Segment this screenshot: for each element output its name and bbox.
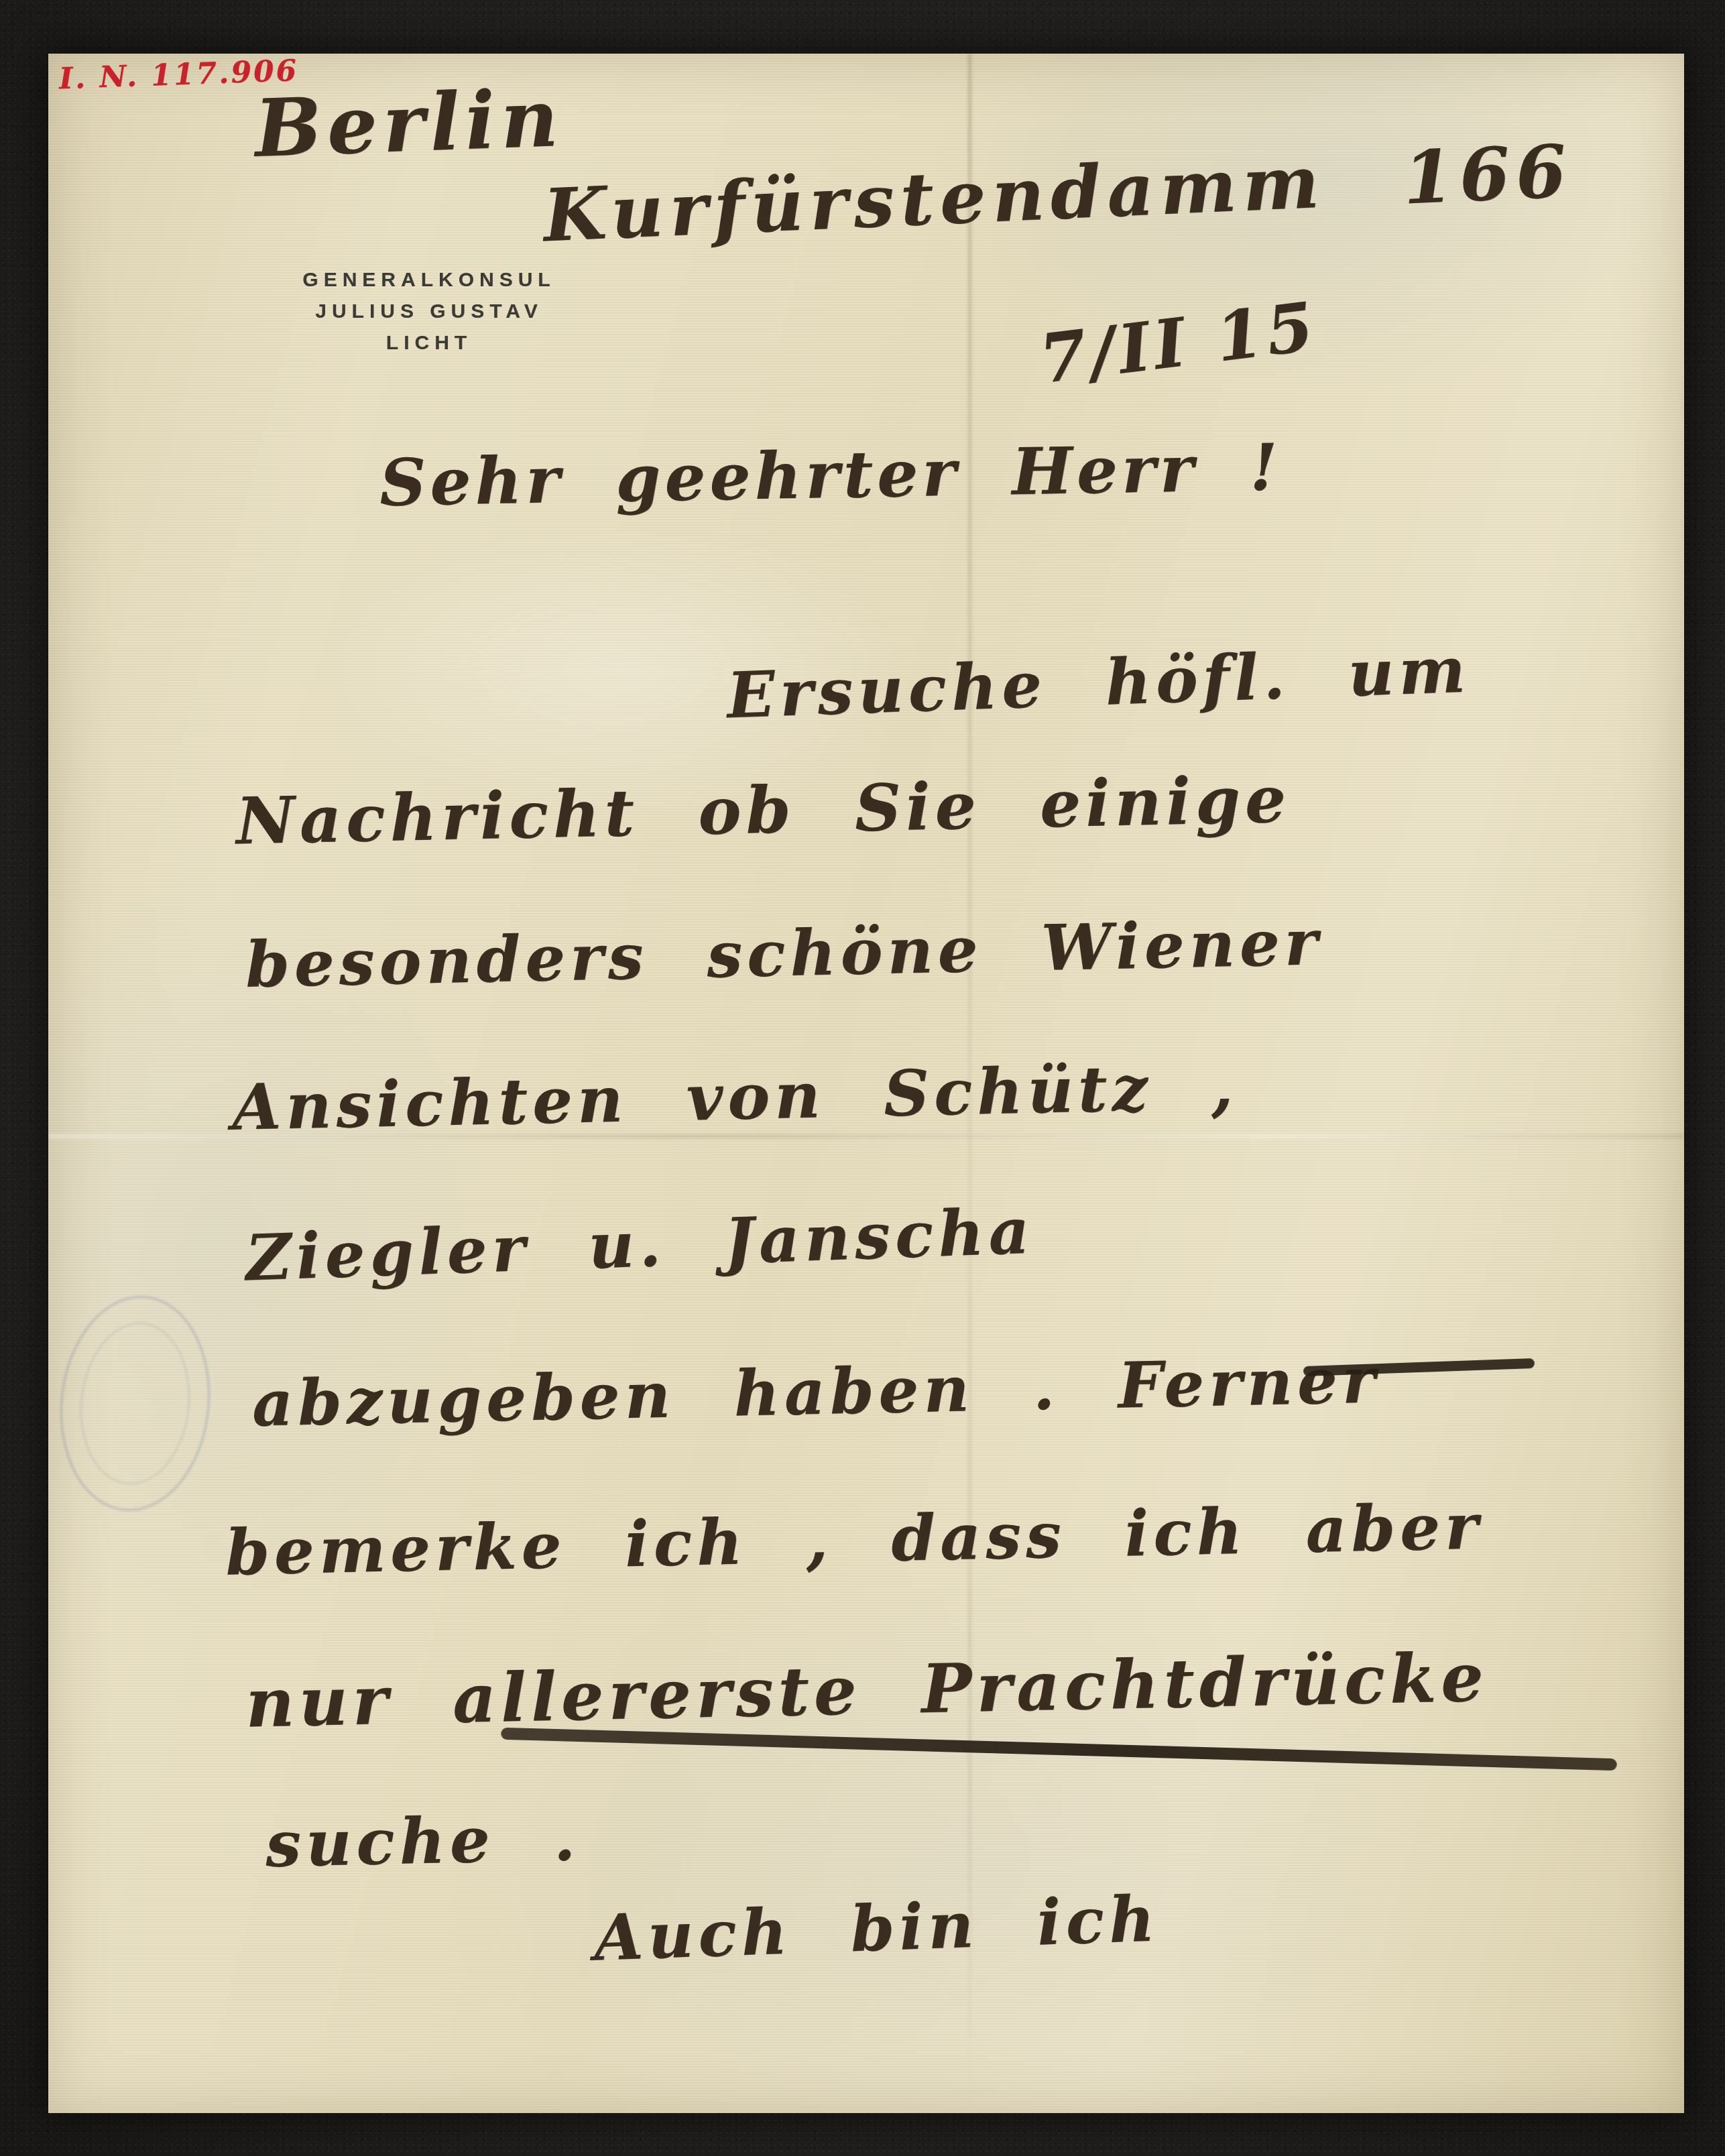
body-line-3: besonders schöne Wiener	[245, 906, 1323, 1002]
street-address-line: Kurfürstendamm 166	[542, 129, 1574, 259]
salutation-line: Sehr geehrter Herr !	[379, 429, 1283, 520]
body-line-2: Nachricht ob Sie einige	[235, 762, 1291, 859]
body-line-6: abzugeben haben . Ferner	[251, 1343, 1380, 1441]
body-line-7: bemerke ich , dass ich aber	[225, 1490, 1484, 1590]
body-line-9: suche .	[265, 1801, 581, 1882]
city-line: Berlin	[253, 71, 565, 175]
body-line-8: nur allererste Prachtdrücke	[245, 1638, 1489, 1743]
date-line: 7/II 15	[1035, 286, 1321, 399]
emphasis-underline	[501, 1728, 1617, 1771]
body-line-10: Auch bin ich	[593, 1882, 1161, 1975]
body-line-4: Ansichten von Schütz ,	[231, 1050, 1238, 1144]
scan-background: I. N. 117.906 Berlin GENERALKONSUL JULIU…	[0, 0, 1725, 2156]
letterhead-title: GENERALKONSUL	[268, 264, 590, 296]
letterhead: GENERALKONSUL JULIUS GUSTAV LICHT	[268, 264, 590, 359]
body-line-5: Ziegler u. Janscha	[244, 1195, 1035, 1296]
letterhead-name: JULIUS GUSTAV LICHT	[268, 296, 590, 359]
letter-page: I. N. 117.906 Berlin GENERALKONSUL JULIU…	[48, 54, 1684, 2113]
body-line-1: Ersuche höfl. um	[725, 634, 1471, 733]
round-ink-stamp	[50, 1288, 221, 1519]
